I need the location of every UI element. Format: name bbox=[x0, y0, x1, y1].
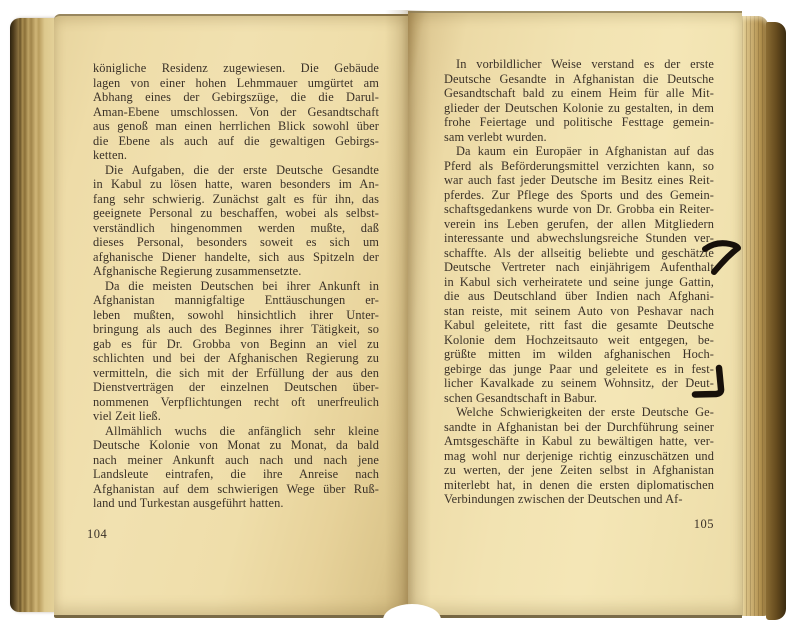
text-line: glieder der Deutschen Kolonie zu gestalt… bbox=[444, 101, 714, 116]
text-line: vermitteln, die sich mit der Erfüllung d… bbox=[93, 366, 379, 381]
text-line: frohe Feiertage und politische Festtage … bbox=[444, 115, 714, 130]
left-page-stack-edges bbox=[10, 18, 58, 612]
text-line: Kolonie dem Hochzeitsauto weit entgegen,… bbox=[444, 333, 714, 348]
text-line: Pferd als Beförderungsmittel verzichten … bbox=[444, 159, 714, 174]
text-line: nommenen Verpflichtungen recht oft unerf… bbox=[93, 395, 379, 410]
text-line: gebirge das junge Paar und geleitete es … bbox=[444, 362, 714, 377]
text-line: Deutsche Kolonie von Monat zu Monat, da … bbox=[93, 438, 379, 453]
text-line: licher Kavalkade zu seinem Wohnsitz, der… bbox=[444, 376, 714, 391]
text-line: nach meiner Ankunft auch nach und nach j… bbox=[93, 453, 379, 468]
text-line: ketten. bbox=[93, 148, 379, 163]
text-line: mag wohl nur derjenige richtig einzuschä… bbox=[444, 449, 714, 464]
text-line: sam verlebt wurden. bbox=[444, 130, 714, 145]
text-line: war auch fast jeder Deutsche im Besitz e… bbox=[444, 173, 714, 188]
text-line: die aus Deutschland über Indien nach Afg… bbox=[444, 289, 714, 304]
text-line: Die Aufgaben, die der erste Deutsche Ges… bbox=[93, 163, 379, 178]
paragraph: Da die meisten Deutschen bei ihrer Ankun… bbox=[93, 279, 379, 424]
text-line: Da kaum ein Europäer in Afghanistan auf … bbox=[444, 144, 714, 159]
text-line: schaftsgedankens wurde von Dr. Grobba ei… bbox=[444, 202, 714, 217]
text-line: dieses Personal, besonders soweit es sic… bbox=[93, 235, 379, 250]
text-line: Aman-Ebene umschlossen. Von der Gesandts… bbox=[93, 105, 379, 120]
text-line: Afghanische Regierung zusammensetzte. bbox=[93, 264, 379, 279]
text-line: Landsleute eintrafen, die ihre Anreise n… bbox=[93, 467, 379, 482]
text-line: in Kabul zu lösen hatte, waren besonders… bbox=[93, 177, 379, 192]
right-page: In vorbildlicher Weise verstand es der e… bbox=[408, 11, 742, 618]
paragraph: Allmählich wuchs die anfänglich sehr kle… bbox=[93, 424, 379, 511]
text-line: aus genoß man einen herrlichen Blick sow… bbox=[93, 119, 379, 134]
text-line: miterlebt hat, in denen die ersten diplo… bbox=[444, 478, 714, 493]
text-line: afghanische Diener handelte, sich aus Sp… bbox=[93, 250, 379, 265]
text-line: Welche Schwierigkeiten der erste Deutsch… bbox=[444, 405, 714, 420]
text-line: viel Zeit ließ. bbox=[93, 409, 379, 424]
text-line: land und Turkestan ausgeführt hatten. bbox=[93, 496, 379, 511]
text-line: stan reiste, mit seinem Auto von Peshava… bbox=[444, 304, 714, 319]
left-page: königliche Residenz zugewiesen. Die Gebä… bbox=[54, 14, 408, 618]
text-line: verein ins Leben gerufen, der allen Mitg… bbox=[444, 217, 714, 232]
text-line: Kabul geleitete, ritt fast die gesamte D… bbox=[444, 318, 714, 333]
text-line: die Ebene als auch auf die gewaltigen Ge… bbox=[93, 134, 379, 149]
text-line: sandte in Afghanistan bei der Durchführu… bbox=[444, 420, 714, 435]
text-line: Afghanistan mannigfaltige Enttäuschungen… bbox=[93, 293, 379, 308]
paragraph: Da kaum ein Europäer in Afghanistan auf … bbox=[444, 144, 714, 405]
left-page-number: 104 bbox=[87, 527, 107, 542]
text-line: in Kabul sich verheiratete und seine jun… bbox=[444, 275, 714, 290]
text-line: Deutsche Vertreter nach einjährigem Aufe… bbox=[444, 260, 714, 275]
text-line: In vorbildlicher Weise verstand es der e… bbox=[444, 57, 714, 72]
back-cover-edge bbox=[766, 22, 786, 620]
text-line: Deutsche Gesandte in Afghanistan die Deu… bbox=[444, 72, 714, 87]
text-line: schen Gesandtschaft in Babur. bbox=[444, 391, 714, 406]
text-line: Gesandtschaft bald zu einem Heim für all… bbox=[444, 86, 714, 101]
bottom-gutter-notch bbox=[383, 604, 441, 632]
text-line: Da die meisten Deutschen bei ihrer Ankun… bbox=[93, 279, 379, 294]
text-line: grüßte mitten im wilden afghanischen Hoc… bbox=[444, 347, 714, 362]
text-line: lagen von einer hohen Lehmmauer umgürtet… bbox=[93, 76, 379, 91]
paragraph: königliche Residenz zugewiesen. Die Gebä… bbox=[93, 61, 379, 163]
paragraph: In vorbildlicher Weise verstand es der e… bbox=[444, 57, 714, 144]
text-line: verständlich hingenommen werden mußte, d… bbox=[93, 221, 379, 236]
fore-edge-page-block bbox=[742, 16, 768, 616]
text-line: gab es für Dr. Grobba von Beginn an viel… bbox=[93, 337, 379, 352]
text-line: interessante und abwechslungsreiche Stun… bbox=[444, 231, 714, 246]
text-line: Dienstverträgen der einzelnen Deutschen … bbox=[93, 380, 379, 395]
text-line: schaffte. Als der allseitig beliebte und… bbox=[444, 246, 714, 261]
text-line: Afghanistan auf dem schwierigen Wege übe… bbox=[93, 482, 379, 497]
photographed-open-book: königliche Residenz zugewiesen. Die Gebä… bbox=[0, 0, 800, 632]
left-page-text: königliche Residenz zugewiesen. Die Gebä… bbox=[93, 61, 379, 511]
text-line: fang sehr schwierig. Zunächst galt es fü… bbox=[93, 192, 379, 207]
paragraph: Die Aufgaben, die der erste Deutsche Ges… bbox=[93, 163, 379, 279]
text-line: geeignete Personal zu beschaffen, wobei … bbox=[93, 206, 379, 221]
right-page-text: In vorbildlicher Weise verstand es der e… bbox=[444, 57, 714, 507]
text-line: leben mußten, sowohl hinsichtlich ihrer … bbox=[93, 308, 379, 323]
text-line: pferdes. Zur Pflege des Sports und des G… bbox=[444, 188, 714, 203]
text-line: Allmählich wuchs die anfänglich sehr kle… bbox=[93, 424, 379, 439]
text-line: zu werten, der jene Zeiten selbst in Afg… bbox=[444, 463, 714, 478]
text-line: schlichten und bei der Afghanischen Regi… bbox=[93, 351, 379, 366]
text-line: königliche Residenz zugewiesen. Die Gebä… bbox=[93, 61, 379, 76]
right-page-number: 105 bbox=[684, 517, 714, 532]
paragraph: Welche Schwierigkeiten der erste Deutsch… bbox=[444, 405, 714, 507]
text-line: Abhang eines der Gebirgszüge, die die Da… bbox=[93, 90, 379, 105]
text-line: Amtsgeschäfte in Kabul zu bewältigen hat… bbox=[444, 434, 714, 449]
text-line: Verbindungen zwischen der Deutschen und … bbox=[444, 492, 714, 507]
text-line: bringung als auch des Beginnes ihrer Tät… bbox=[93, 322, 379, 337]
